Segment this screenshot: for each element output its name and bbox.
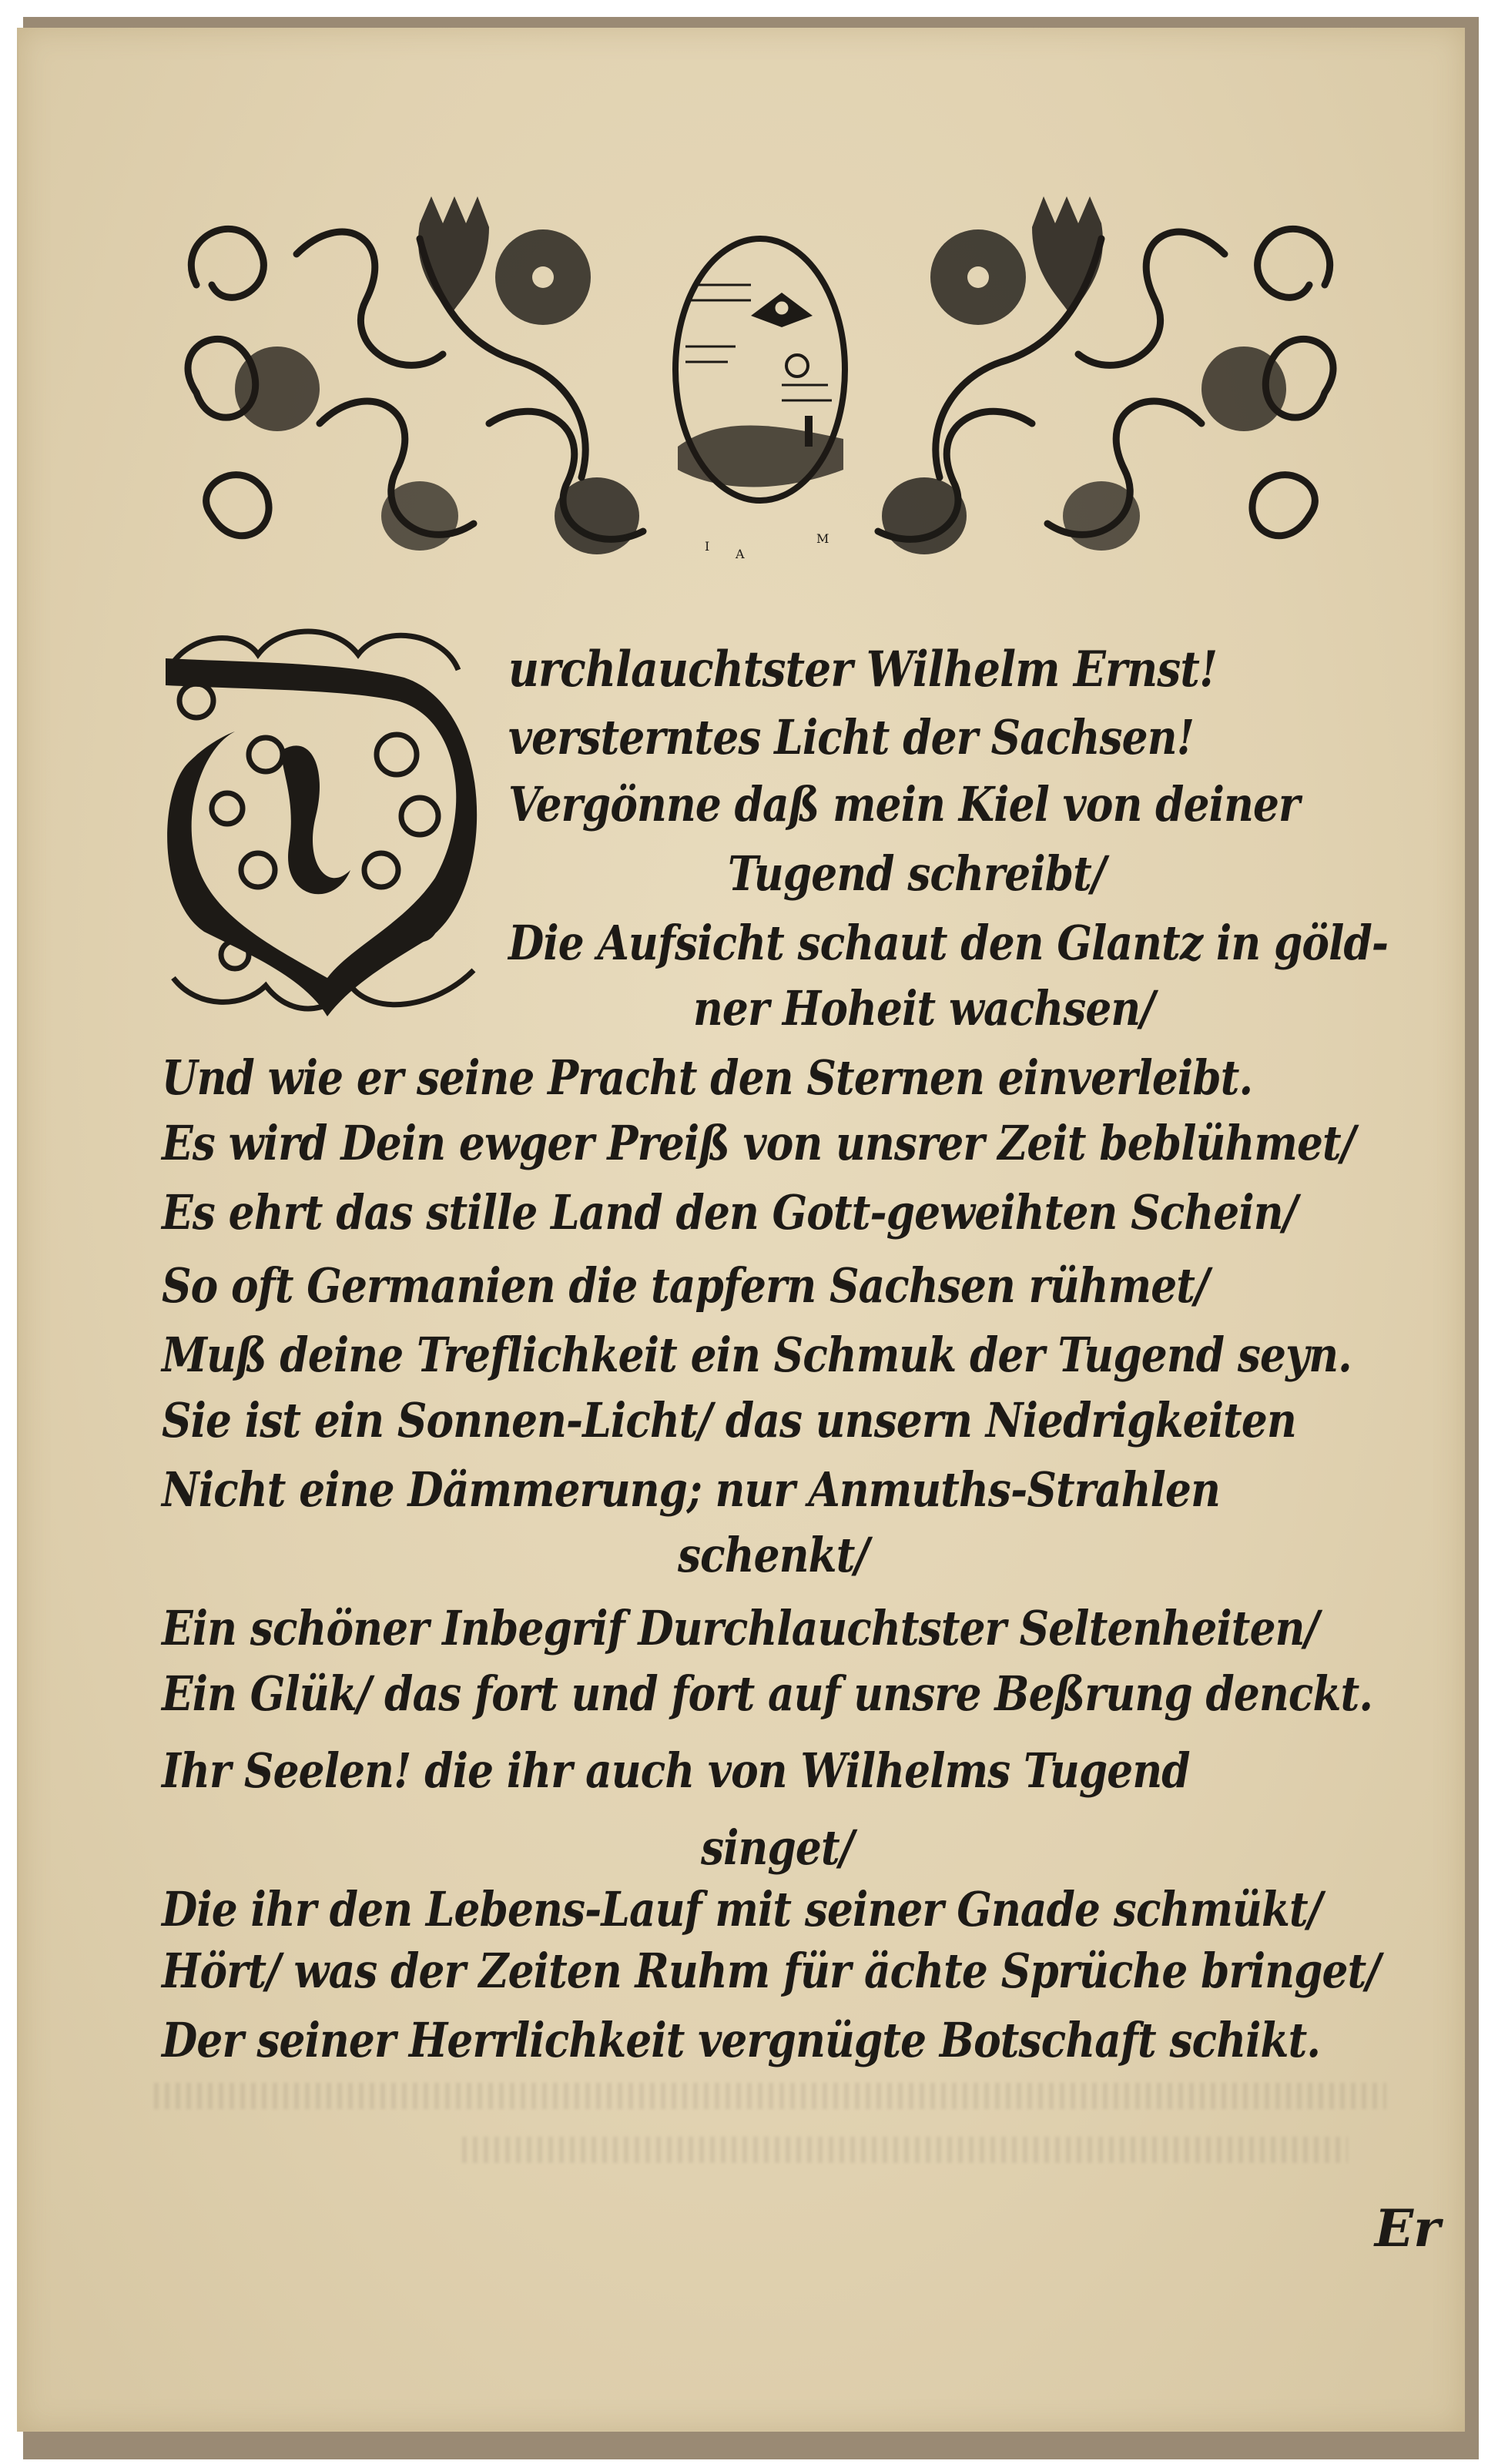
catchword: Er bbox=[1375, 2198, 1440, 2258]
poem-line-3: Vergönne daß mein Kiel von deiner bbox=[508, 774, 1299, 835]
woodcut-header-ornament: I A M bbox=[166, 192, 1356, 570]
poem-line-9: Es ehrt das stille Land den Gott-geweiht… bbox=[162, 1182, 1297, 1244]
svg-text:A: A bbox=[735, 547, 745, 561]
poem-line-17: Ihr Seelen! die ihr auch von Wilhelms Tu… bbox=[162, 1740, 1190, 1802]
drop-cap-D bbox=[150, 616, 512, 1032]
poem-line-15: Ein schöner Inbegrif Durchlauchtster Sel… bbox=[162, 1598, 1319, 1659]
poem-line-19: Die ihr den Lebens-Lauf mit seiner Gnade… bbox=[162, 1879, 1322, 1940]
svg-text:M: M bbox=[816, 531, 829, 546]
poem-line-13: Nicht eine Dämmerung; nur Anmuths-Strahl… bbox=[162, 1459, 1220, 1521]
poem-line-14: schenkt/ bbox=[678, 1525, 869, 1586]
poem-line-12: Sie ist ein Sonnen-Licht/ das unsern Nie… bbox=[162, 1390, 1296, 1451]
poem-line-8: Es wird Dein ewger Preiß von unsrer Zeit… bbox=[162, 1113, 1355, 1174]
poem-line-16: Ein Glük/ das fort und fort auf unsre Be… bbox=[162, 1663, 1372, 1725]
poem-line-1: urchlauchtster Wilhelm Ernst! bbox=[508, 639, 1217, 701]
show-through-text bbox=[462, 2137, 1348, 2163]
poem-line-10: So oft Germanien die tapfern Sachsen rüh… bbox=[162, 1255, 1209, 1317]
poem-line-7: Und wie er seine Pracht den Sternen einv… bbox=[162, 1047, 1252, 1109]
poem-line-21: Der seiner Herrlichkeit vergnügte Botsch… bbox=[162, 2010, 1320, 2071]
poem-line-6: ner Hoheit wachsen/ bbox=[693, 978, 1155, 1039]
show-through-text bbox=[154, 2083, 1386, 2109]
poem-line-20: Hört/ was der Zeiten Ruhm für ächte Sprü… bbox=[162, 1940, 1380, 2002]
poem-line-11: Muß deine Treflichkeit ein Schmuk der Tu… bbox=[162, 1324, 1352, 1386]
poem-line-2: versterntes Licht der Sachsen! bbox=[508, 707, 1194, 768]
svg-text:I: I bbox=[705, 539, 709, 554]
poem-line-5: Die Aufsicht schaut den Glantz in göld- bbox=[508, 912, 1388, 974]
emblem-angel-landscape-icon bbox=[675, 239, 845, 500]
poem-line-18: singet/ bbox=[701, 1817, 853, 1879]
poem-line-4: Tugend schreibt/ bbox=[728, 843, 1106, 905]
